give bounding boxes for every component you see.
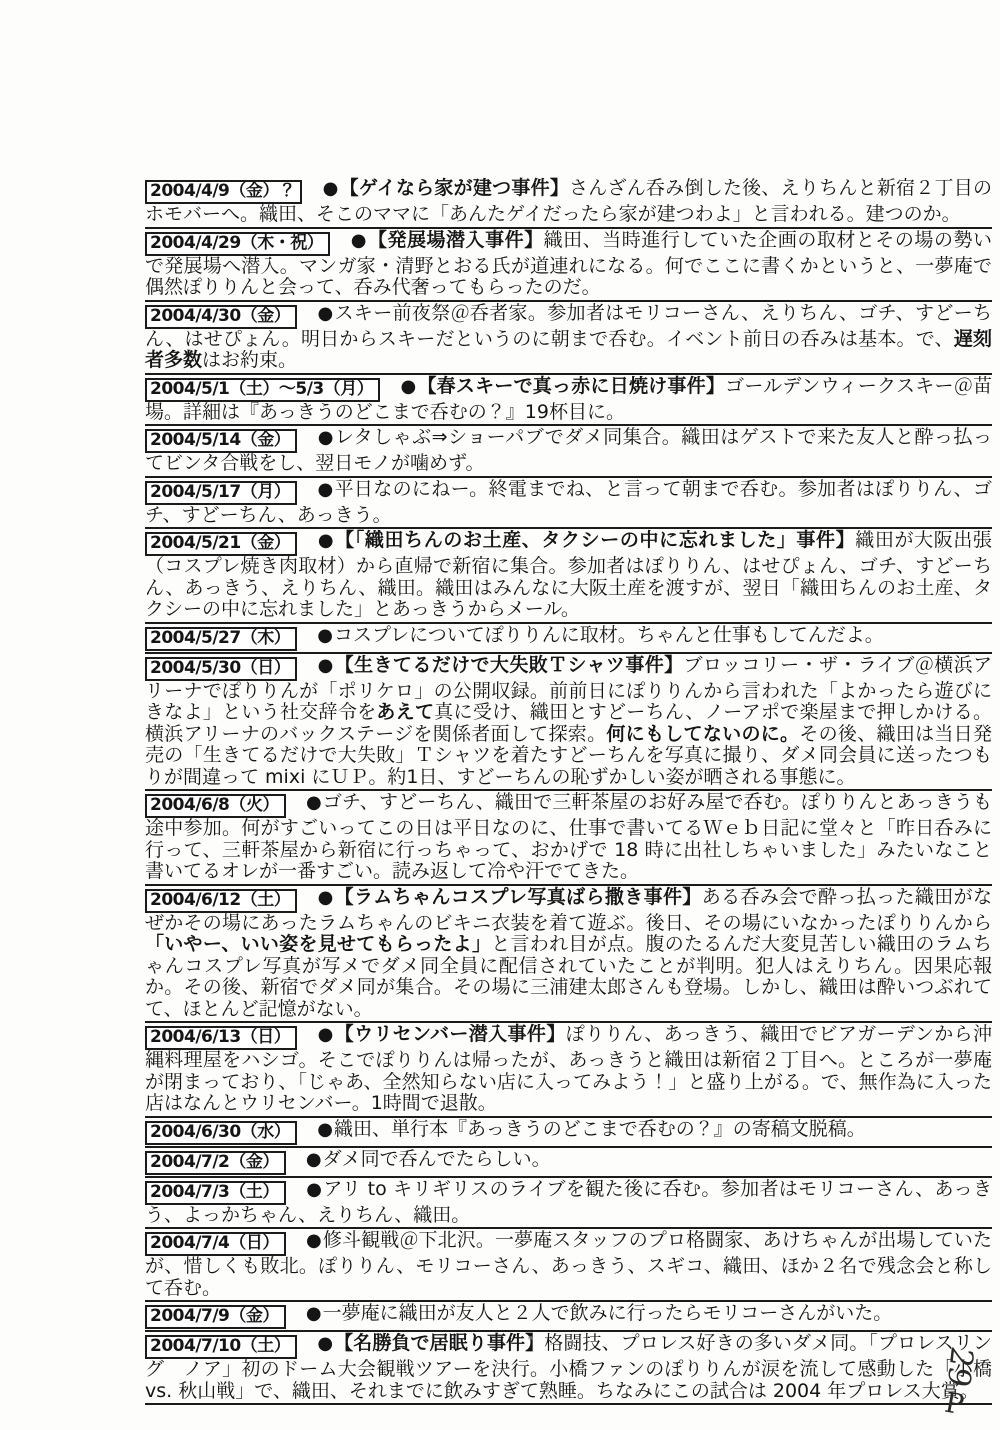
bullet-icon: ● xyxy=(317,655,334,676)
bullet-icon: ● xyxy=(322,178,338,199)
timeline: 2004/4/9（金）？●【ゲイなら家が建つ事件】さんざん呑み倒した後、えりちん… xyxy=(145,178,992,1406)
bullet-icon: ● xyxy=(400,376,416,397)
bullet-icon: ● xyxy=(306,792,322,813)
timeline-entry: 2004/5/1（土）～5/3（月）●【春スキーで真っ赤に日焼け事件】ゴールデン… xyxy=(145,376,992,427)
bullet-icon: ● xyxy=(306,1149,322,1170)
timeline-entry: 2004/5/27（木）●コスプレについてぽりりんに取材。ちゃんと仕事もしてんだ… xyxy=(145,625,992,654)
handwritten-page-number: 29 xyxy=(940,1344,980,1391)
timeline-entry: 2004/7/3（土）●アリ to キリギリスのライブを観た後に呑む。参加者はモ… xyxy=(145,1179,992,1230)
entry-emphasis-text: 【ウリセンバー潜入事件】 xyxy=(335,1023,566,1045)
entry-date-box: 2004/4/29（木・祝） xyxy=(145,232,330,256)
entry-text: 一夢庵に織田が友人と２人で飲みに行ったらモリコーさんがいた。 xyxy=(323,1302,893,1324)
entry-text: ダメ同で呑んでたらしい。 xyxy=(323,1148,551,1170)
timeline-entry: 2004/7/9（金）●一夢庵に織田が友人と２人で飲みに行ったらモリコーさんがい… xyxy=(145,1303,992,1332)
bullet-icon: ● xyxy=(306,1303,322,1324)
entry-text: はお約束。 xyxy=(202,349,297,371)
entry-date-box: 2004/4/30（金） xyxy=(145,305,297,329)
bullet-icon: ● xyxy=(317,1119,333,1140)
timeline-entry: 2004/5/30（日）●【生きてるだけで大失敗Ｔシャツ事件】ブロッコリー・ザ・… xyxy=(145,655,992,792)
bullet-icon: ● xyxy=(317,1024,333,1045)
entry-emphasis-text: 【生きてるだけで大失敗Ｔシャツ事件】 xyxy=(335,654,684,676)
entry-emphasis-text: 【春スキーで真っ赤に日焼け事件】 xyxy=(417,375,725,397)
timeline-entry: 2004/7/10（土）●【名勝負で居眠り事件】格闘技、プロレス好きの多いダメ同… xyxy=(145,1333,992,1405)
timeline-entry: 2004/5/21（金）●【「織田ちんのお土産、タクシーの中に忘れました」事件】… xyxy=(145,530,992,624)
entry-date-box: 2004/6/30（水） xyxy=(145,1121,297,1145)
bullet-icon: ● xyxy=(317,479,333,500)
timeline-entry: 2004/5/14（金）●レタしゃぶ⇒ショーパブでダメ同集合。織田はゲストで来た… xyxy=(145,427,992,478)
entry-date-box: 2004/5/14（金） xyxy=(145,429,297,453)
handwritten-page-annotation: 29 P xyxy=(912,1335,992,1430)
entry-date-box: 2004/7/9（金） xyxy=(145,1305,286,1329)
entry-emphasis-text: 「いやー、いい姿を見せてもらったよ」 xyxy=(145,933,491,955)
handwritten-page-letter: P xyxy=(942,1386,966,1422)
bullet-icon: ● xyxy=(317,1333,333,1354)
entry-date-box: 2004/7/4（日） xyxy=(145,1232,286,1256)
timeline-entry: 2004/7/2（金）●ダメ同で呑んでたらしい。 xyxy=(145,1149,992,1178)
entry-date-box: 2004/4/9（金）？ xyxy=(145,180,302,204)
timeline-entry: 2004/6/12（土）●【ラムちゃんコスプレ写真ばら撒き事件】ある呑み会で酔っ… xyxy=(145,887,992,1024)
entry-text: コスプレについてぽりりんに取材。ちゃんと仕事もしてんだよ。 xyxy=(334,624,884,646)
timeline-entry: 2004/4/30（金）●スキー前夜祭＠呑者家。参加者はモリコーさん、えりちん、… xyxy=(145,303,992,375)
bullet-icon: ● xyxy=(306,1179,322,1200)
bullet-icon: ● xyxy=(317,530,334,551)
entry-emphasis-text: 【「織田ちんのお土産、タクシーの中に忘れました」事件】 xyxy=(335,529,855,551)
entry-emphasis-text: 【発展場潜入事件】 xyxy=(368,229,544,251)
entry-emphasis-text: あえて xyxy=(376,701,434,723)
entry-date-box: 2004/7/3（土） xyxy=(145,1181,286,1205)
timeline-entry: 2004/4/9（金）？●【ゲイなら家が建つ事件】さんざん呑み倒した後、えりちん… xyxy=(145,178,992,229)
entry-date-box: 2004/5/17（月） xyxy=(145,481,297,505)
entry-date-box: 2004/5/30（日） xyxy=(145,657,297,681)
entry-date-box: 2004/5/21（金） xyxy=(145,532,297,556)
entry-date-box: 2004/7/2（金） xyxy=(145,1151,286,1175)
timeline-entry: 2004/4/29（木・祝）●【発展場潜入事件】織田、当時進行していた企画の取材… xyxy=(145,230,992,302)
bullet-icon: ● xyxy=(306,1230,322,1251)
entry-date-box: 2004/6/8（火） xyxy=(145,794,286,818)
entry-emphasis-text: 【ゲイなら家が建つ事件】 xyxy=(340,177,569,199)
scan-speck xyxy=(528,1336,533,1340)
entry-date-box: 2004/6/13（日） xyxy=(145,1026,297,1050)
entry-date-box: 2004/5/1（土）～5/3（月） xyxy=(145,378,380,402)
entry-emphasis-text: 【ラムちゃんコスプレ写真ばら撒き事件】 xyxy=(335,886,702,908)
bullet-icon: ● xyxy=(317,625,333,646)
entry-emphasis-text: 【名勝負で居眠り事件】 xyxy=(334,1332,544,1354)
entry-date-box: 2004/7/10（土） xyxy=(145,1335,297,1359)
entry-date-box: 2004/5/27（木） xyxy=(145,627,297,651)
entry-emphasis-text: 何にもしてないのに。 xyxy=(606,723,799,745)
timeline-entry: 2004/5/17（月）●平日なのにねー。終電までね、と言って朝まで呑む。参加者… xyxy=(145,479,992,530)
bullet-icon: ● xyxy=(317,303,333,324)
timeline-entry: 2004/6/30（水）●織田、単行本『あっきうのどこまで呑むの？』の寄稿文脱稿… xyxy=(145,1119,992,1148)
timeline-entry: 2004/6/13（日）●【ウリセンバー潜入事件】ぽりりん、あっきう、織田でビア… xyxy=(145,1024,992,1118)
scanned-document-page: 2004/4/9（金）？●【ゲイなら家が建つ事件】さんざん呑み倒した後、えりちん… xyxy=(0,0,1000,1430)
timeline-entry: 2004/6/8（火）●ゴチ、すどーちん、織田で三軒茶屋のお好み屋で呑む。ぽりり… xyxy=(145,792,992,886)
entry-text: 織田、単行本『あっきうのどこまで呑むの？』の寄稿文脱稿。 xyxy=(334,1118,866,1140)
timeline-entry: 2004/7/4（日）●修斗観戦＠下北沢。一夢庵スタッフのプロ格闘家、あけちゃん… xyxy=(145,1230,992,1302)
bullet-icon: ● xyxy=(317,427,334,448)
entry-date-box: 2004/6/12（土） xyxy=(145,889,297,913)
bullet-icon: ● xyxy=(317,887,333,908)
bullet-icon: ● xyxy=(350,230,367,251)
